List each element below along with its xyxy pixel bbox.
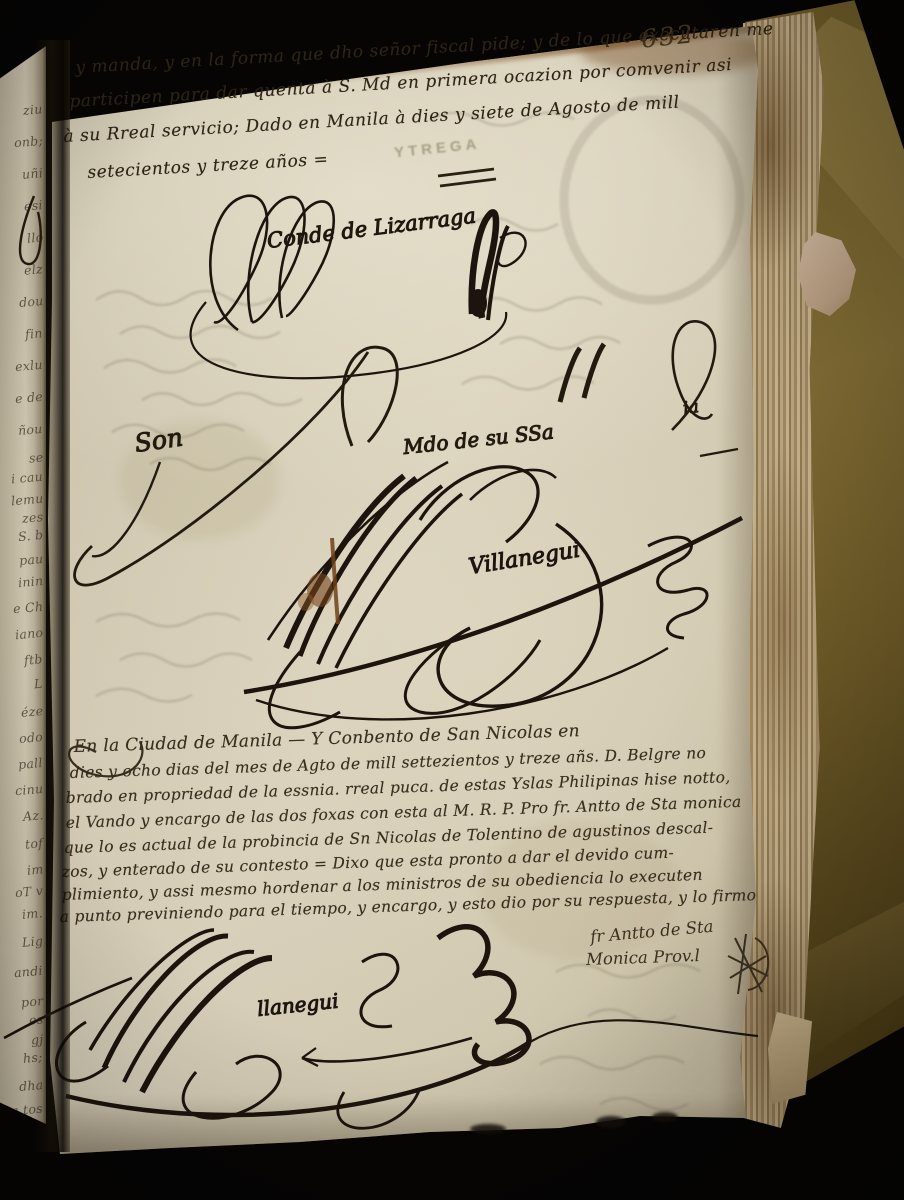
signature-escribano-bottom: llanegui: [4, 927, 758, 1129]
signature-provincial-rubric: [728, 934, 768, 994]
por-mandado-prefix: Son: [133, 423, 185, 458]
signature-governor: Conde de Lizarraga: [191, 196, 526, 378]
bottom-edge-spot: [596, 1116, 626, 1128]
por-mandado-group: Son Mdo de su SSa ia: [75, 321, 738, 585]
por-mandado-text: Mdo de su SSa: [401, 419, 555, 459]
acta-initial-flourish: [69, 742, 142, 776]
bottom-edge-spot: [652, 1112, 678, 1122]
manuscript-photo: ziuonb;uñiesillóelzdoufinexlue deñousei …: [0, 0, 904, 1200]
decree-end-dash: [438, 169, 496, 186]
por-mandado-suffix: ia: [682, 397, 700, 419]
gutter-shadow: [34, 40, 70, 1152]
signature-governor-name: Conde de Lizarraga: [266, 204, 477, 253]
signature-escribano-name: Villanegui: [467, 538, 582, 580]
signatures-ink-layer: Conde de Lizarraga Son Mdo de su SSa ia: [0, 0, 904, 1200]
bottom-edge-spot: [470, 1124, 506, 1134]
signature-escribano-bottom-name: llanegui: [256, 989, 340, 1021]
